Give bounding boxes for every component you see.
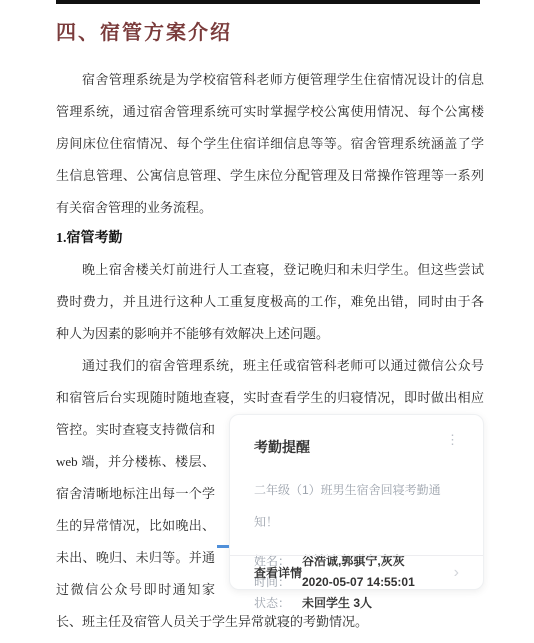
view-details-button[interactable]: 查看详情 › (230, 555, 483, 589)
attendance-reminder-card: 考勤提醒 ⋮ 二年级（1）班男生宿舍回寝考勤通知！ 姓名： 谷浩诚,郭骐宁,灰灰… (229, 414, 484, 590)
status-row: 状态： 未回学生 3人 (254, 593, 459, 614)
section-heading-attendance: 1.宿管考勤 (56, 226, 484, 252)
chevron-right-icon: › (454, 565, 459, 581)
blue-artifact-mark (217, 545, 229, 548)
card-title: 考勤提醒 (254, 431, 310, 463)
paragraph-manual-check: 晚上宿舍楼关灯前进行人工查寝，登记晚归和未归学生。但这些尝试费时费力，并且进行这… (56, 254, 484, 350)
page-title: 四、宿管方案介绍 (56, 18, 484, 48)
paragraph-system-check-part1: 通过我们的宿舍管理系统，班主任或宿管科老师可以通过微信公众号和宿管后台实现随时随… (56, 358, 484, 405)
view-details-label: 查看详情 (254, 557, 302, 589)
document-page: 四、宿管方案介绍 宿舍管理系统是为学校宿管科老师方便管理学生住宿情况设计的信息管… (0, 0, 534, 643)
top-rule-divider (56, 0, 480, 4)
card-header: 考勤提醒 ⋮ (254, 431, 459, 463)
status-label: 状态： (254, 593, 298, 614)
card-subtitle: 二年级（1）班男生宿舍回寝考勤通知！ (254, 474, 459, 538)
paragraph-intro: 宿舍管理系统是为学校宿管科老师方便管理学生住宿情况设计的信息管理系统，通过宿舍管… (56, 64, 484, 224)
document-content: 四、宿管方案介绍 宿舍管理系统是为学校宿管科老师方便管理学生住宿情况设计的信息管… (0, 18, 534, 638)
paragraph-system-check: 通过我们的宿舍管理系统，班主任或宿管科老师可以通过微信公众号和宿管后台实现随时随… (56, 350, 484, 638)
more-menu-icon[interactable]: ⋮ (446, 433, 459, 446)
status-value: 未回学生 3人 (302, 593, 372, 614)
